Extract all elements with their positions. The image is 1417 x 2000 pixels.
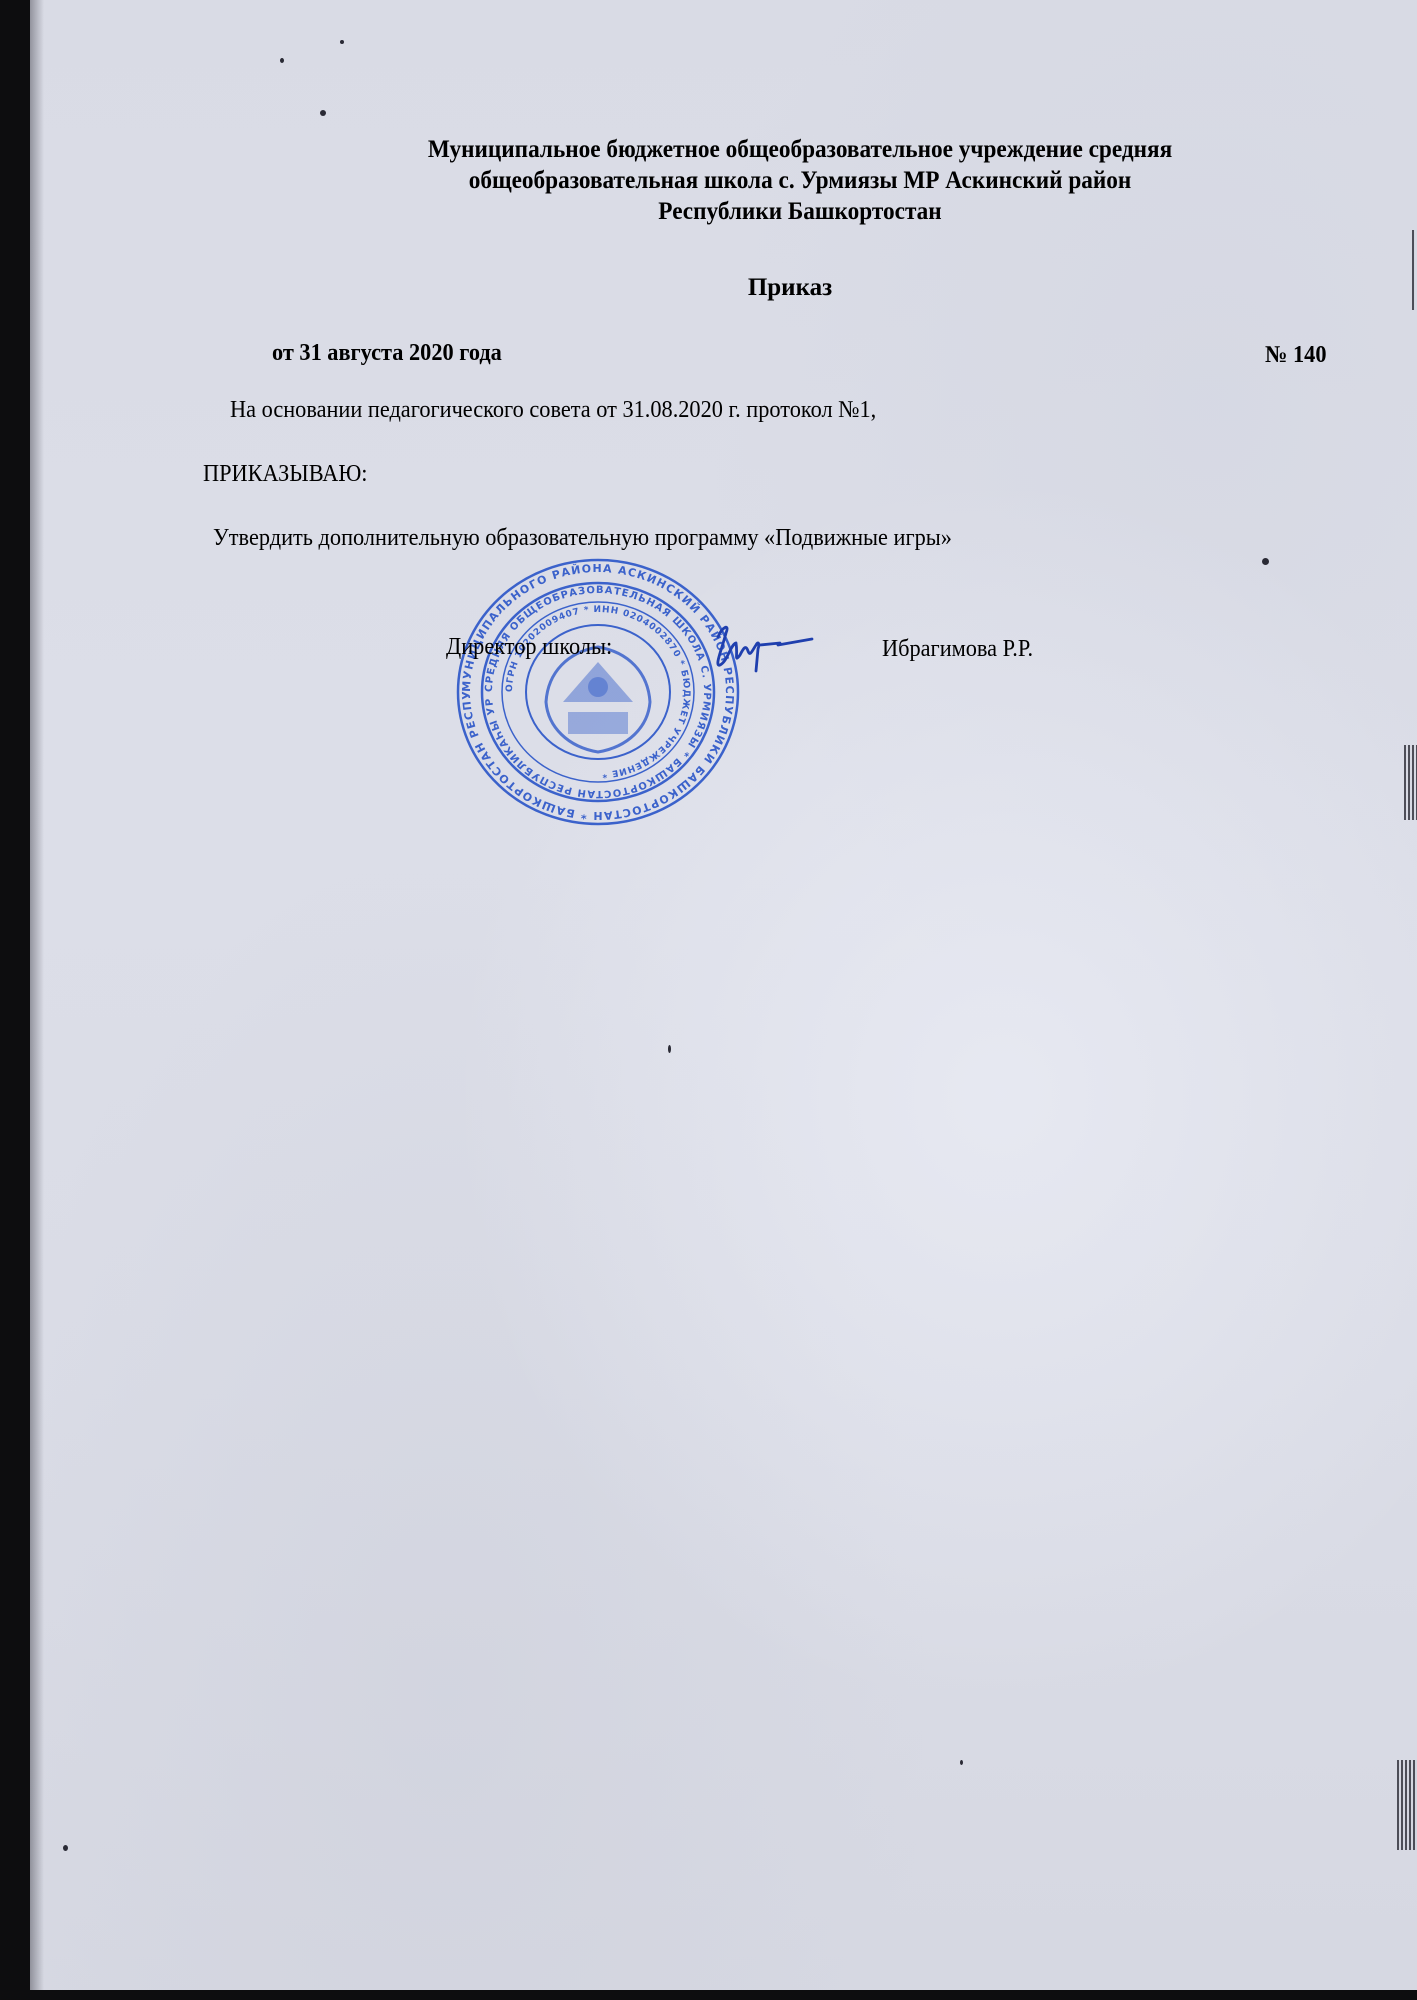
header-line: Республики Башкортостан	[335, 196, 1265, 227]
header-line: Муниципальное бюджетное общеобразователь…	[335, 134, 1265, 165]
official-stamp-icon: МУНИЦИПАЛЬНОГО РАЙОНА АСКИНСКИЙ РАЙОН РЕ…	[448, 552, 748, 832]
signer-name: Ибрагимова Р.Р.	[882, 636, 1033, 663]
scan-streak	[1412, 230, 1415, 310]
scan-streak	[1404, 745, 1417, 820]
scan-speck	[63, 1845, 68, 1851]
signer-role: Директор школы:	[446, 634, 612, 661]
scan-speck	[280, 58, 284, 63]
header-line: общеобразовательная школа с. Урмиязы МР …	[335, 165, 1265, 196]
institution-header: Муниципальное бюджетное общеобразователь…	[335, 134, 1265, 227]
scan-speck	[1262, 558, 1269, 565]
page-edge-shadow	[30, 0, 44, 1990]
basis-text: На основании педагогического совета от 3…	[230, 397, 876, 424]
scan-streak	[1397, 1760, 1417, 1850]
scan-speck	[960, 1760, 963, 1765]
scan-bottom-border	[0, 1990, 1417, 2000]
scan-speck	[668, 1045, 671, 1053]
approve-text: Утвердить дополнительную образовательную…	[213, 525, 952, 552]
handwritten-signature-icon	[700, 615, 820, 675]
scan-speck	[340, 40, 344, 44]
order-date: от 31 августа 2020 года	[272, 340, 502, 367]
order-directive: ПРИКАЗЫВАЮ:	[203, 461, 367, 488]
document-title: Приказ	[700, 274, 880, 302]
order-number: № 140	[1265, 342, 1326, 369]
scan-speck	[320, 110, 326, 116]
